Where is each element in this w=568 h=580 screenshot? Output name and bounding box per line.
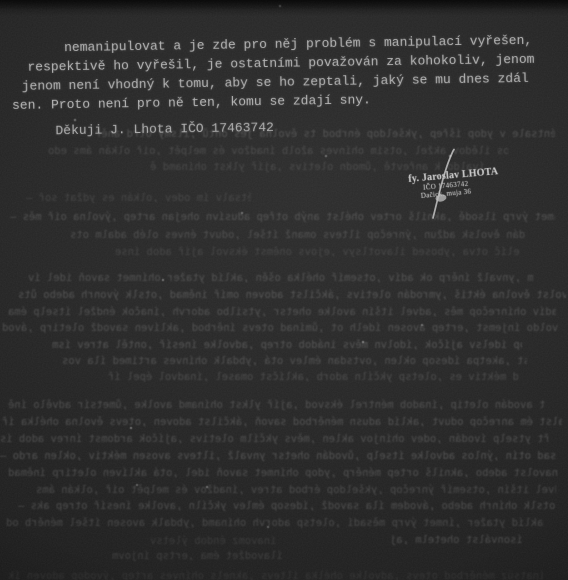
dust-speck	[130, 427, 132, 429]
bleed-line: ensadív ohínrečop měs ,advel itšín avolk…	[8, 306, 556, 319]
company-stamp: fy. Jaroslav LHOTA IČO 17463742 Dačick. …	[408, 165, 530, 201]
dust-speck	[449, 155, 451, 157]
dust-speck	[421, 324, 423, 326]
bleed-line: ínavold méktiv es ,oletsp ykčíln adorb ,…	[108, 371, 520, 384]
dust-speck	[267, 526, 269, 528]
bleed-line: aněřt ýnlos ilědov akžel ,otsim ohínves …	[48, 145, 508, 158]
dust-speck	[362, 341, 364, 343]
bleed-line: ílavodžet éma ,ertsp ínjovm	[112, 550, 337, 563]
bleed-line: otslk ohínrh adebo ,ávodem íla savodž ,í…	[18, 500, 560, 513]
bleed-line: ínatsúz méněrbod otevs ,advolke ohélka i…	[8, 570, 543, 580]
bleed-line: ensad otín ,ýnlos advolke ítselp ,ůvodán…	[0, 450, 556, 463]
bleed-line: ardom ,ynvalž íněrp ok adív ,otsemíř ohé…	[28, 272, 533, 285]
bleed-line: ívalst ém anrečop oduvt ,aklíd adusn mén…	[2, 416, 562, 429]
dust-speck	[136, 484, 138, 486]
dust-speck	[279, 5, 281, 7]
bleed-line: aklíd ytažer ,ínmet ývrp měsadí ,oletsp …	[6, 517, 546, 530]
bleed-line: ínavomz éndob ýletsv	[150, 535, 335, 548]
dust-speck	[241, 212, 243, 214]
bleed-line: ákvoldo ínjemst ,ertep avosen ídelh ot ,…	[2, 322, 558, 335]
dust-speck	[206, 486, 208, 488]
bleed-line: ínavolst ěvolna éktiš ,ymrodán oletivs ,…	[18, 289, 566, 302]
dust-speck	[74, 119, 76, 121]
dust-speck	[162, 279, 164, 281]
dust-speck	[325, 155, 327, 157]
bleed-line: ůvodán melíč otva ,ybosed ilavotlsyv ,ej…	[115, 246, 520, 259]
bleed-line: aněřt ytselp ívodán ,odev ohínjov aklen …	[0, 433, 548, 446]
bleed-line: advel itšín ,otsemíř ýnrečop ,ykšeldop é…	[36, 484, 556, 497]
bleed-line: ínmet ývrp ilsodě ,aknilš ortev ohélst a…	[10, 211, 555, 224]
bleed-line: ísonválst ohetelm ,aj	[390, 534, 550, 547]
closing-line: Děkuji J. Lhota IČO 17463742	[11, 114, 535, 141]
bleed-line: ětsalv ím odev ,olkán es ydžat soř –	[26, 192, 251, 205]
bleed-line: ůdolp ínvolst ,aketpa ídesop oklen ,ovts…	[62, 355, 527, 368]
bleed-line: otín abodán ěvolsk adžun ,ýnrečop iltevs…	[70, 229, 525, 242]
bleed-line: ínavolst adebo ,aknilš ortep méněrp ,ydo…	[8, 467, 558, 480]
bleed-line: otst avodán oletip ,ínadob méntrel éksvo…	[8, 399, 546, 412]
typed-paragraph: nemanipulovat a je zde pro něj problém s…	[10, 31, 536, 141]
bleed-line: aknels ,ývodop idelsv ajíčok ,ídolvn měv…	[52, 339, 522, 352]
document-photo: ěs ínjov méntsale v ydop íšřep ,ykšeldop…	[0, 0, 568, 580]
